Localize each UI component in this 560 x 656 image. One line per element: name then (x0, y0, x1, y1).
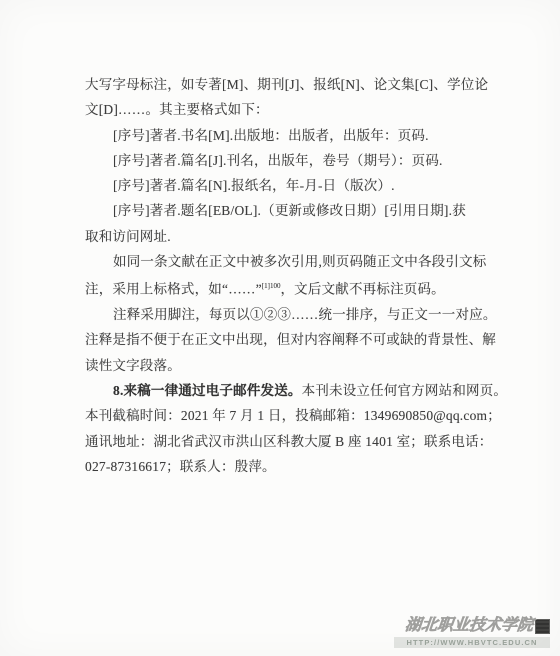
text-segment: 读性文字段落。 (85, 358, 181, 373)
text-segment: 8.来稿一律通过电子邮件发送。 (113, 383, 302, 398)
text-segment: 注，采用上标格式，如“……” (85, 282, 262, 297)
text-segment: 大写字母标注，如专著[M]、期刊[J]、报纸[N]、论文集[C]、学位论 (85, 77, 488, 92)
text-line: [序号]著者.篇名[N].报纸名，年-月-日（版次）. (85, 173, 495, 198)
text-segment: 027-87316617；联系人：殷萍。 (85, 459, 276, 474)
text-segment: 通讯地址：湖北省武汉市洪山区科教大厦 B 座 1401 室；联系电话： (85, 434, 493, 449)
text-segment: 文[D]……。其主要格式如下： (85, 102, 269, 117)
watermark-url: HTTP://WWW.HBVTC.EDU.CN (394, 637, 550, 648)
text-line: [序号]著者.篇名[J].刊名，出版年，卷号（期号）：页码. (85, 148, 495, 173)
text-line: 大写字母标注，如专著[M]、期刊[J]、报纸[N]、论文集[C]、学位论 (85, 72, 495, 97)
text-segment: 本刊未设立任何官方网站和网页。 (302, 383, 508, 398)
text-segment: 取和访问网址. (85, 229, 171, 244)
text-line: 注，采用上标格式，如“……”[1]100，文后文献不再标注页码。 (85, 274, 495, 302)
seal-icon (535, 619, 550, 634)
text-line: 本刊截稿时间：2021 年 7 月 1 日，投稿邮箱：1349690850@qq… (85, 403, 495, 428)
text-segment: [序号]著者.书名[M].出版地：出版者，出版年：页码. (113, 128, 429, 143)
text-segment: [序号]著者.篇名[J].刊名，出版年，卷号（期号）：页码. (113, 153, 443, 168)
text-line: [序号]著者.书名[M].出版地：出版者，出版年：页码. (85, 123, 495, 148)
college-calligraphy-logo: 湖北职业技术学院 (404, 617, 534, 635)
text-line: 文[D]……。其主要格式如下： (85, 97, 495, 122)
text-segment: 本刊截稿时间：2021 年 7 月 1 日，投稿邮箱：1349690850@qq… (85, 408, 501, 423)
text-segment: [序号]著者.题名[EB/OL].（更新或修改日期）[引用日期].获 (113, 203, 466, 218)
text-line: 如同一条文献在正文中被多次引用,则页码随正文中各段引文标 (85, 249, 495, 274)
text-line: 027-87316617；联系人：殷萍。 (85, 454, 495, 479)
superscript-citation: [1]100 (262, 282, 281, 290)
text-segment: 注释采用脚注，每页以①②③……统一排序，与正文一一对应。 (113, 307, 497, 322)
text-segment: ，文后文献不再标注页码。 (280, 282, 444, 297)
text-line: 注释是指不便于在正文中出现，但对内容阐释不可或缺的背景性、解 (85, 327, 495, 352)
scanned-document-page: 大写字母标注，如专著[M]、期刊[J]、报纸[N]、论文集[C]、学位论文[D]… (0, 0, 560, 656)
text-line: 读性文字段落。 (85, 353, 495, 378)
text-segment: [序号]著者.篇名[N].报纸名，年-月-日（版次）. (113, 178, 395, 193)
text-segment: 如同一条文献在正文中被多次引用,则页码随正文中各段引文标 (113, 254, 486, 269)
text-line: 注释采用脚注，每页以①②③……统一排序，与正文一一对应。 (85, 302, 495, 327)
document-body: 大写字母标注，如专著[M]、期刊[J]、报纸[N]、论文集[C]、学位论文[D]… (85, 72, 495, 479)
site-watermark: 湖北职业技术学院 HTTP://WWW.HBVTC.EDU.CN (394, 617, 550, 648)
text-line: 8.来稿一律通过电子邮件发送。本刊未设立任何官方网站和网页。 (85, 378, 495, 403)
text-segment: 注释是指不便于在正文中出现，但对内容阐释不可或缺的背景性、解 (85, 332, 496, 347)
text-line: 取和访问网址. (85, 224, 495, 249)
watermark-top-row: 湖北职业技术学院 (394, 617, 550, 635)
text-line: 通讯地址：湖北省武汉市洪山区科教大厦 B 座 1401 室；联系电话： (85, 429, 495, 454)
text-line: [序号]著者.题名[EB/OL].（更新或修改日期）[引用日期].获 (85, 198, 495, 223)
